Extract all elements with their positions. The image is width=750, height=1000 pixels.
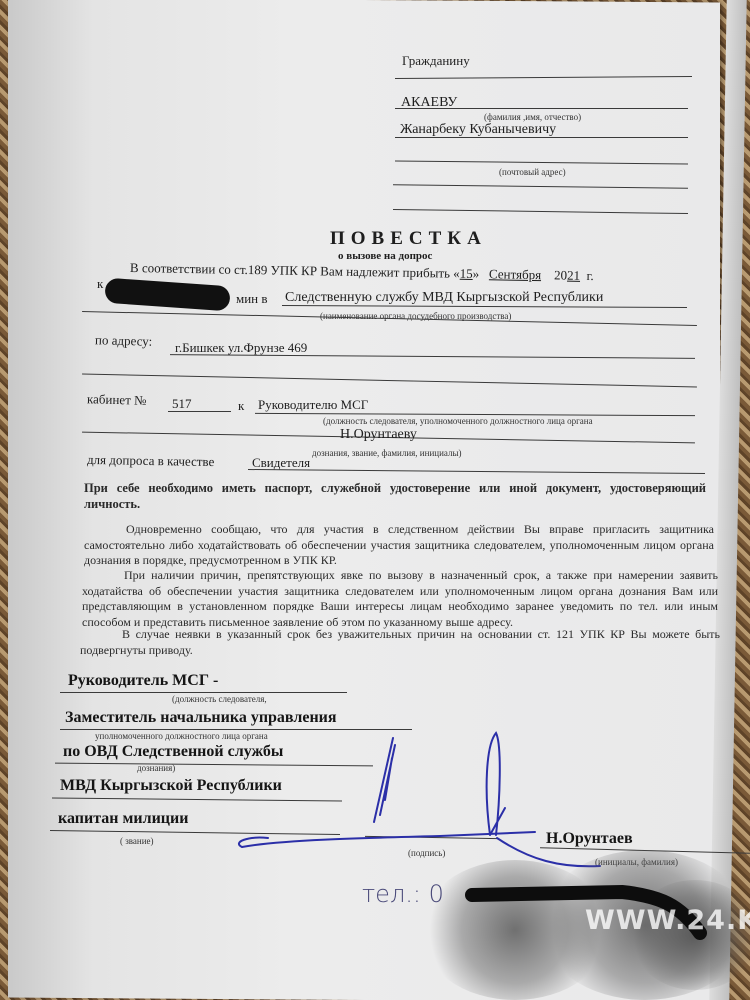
- site-watermark: WWW.24.KG: [585, 905, 750, 936]
- phone-redaction: [0, 0, 750, 1000]
